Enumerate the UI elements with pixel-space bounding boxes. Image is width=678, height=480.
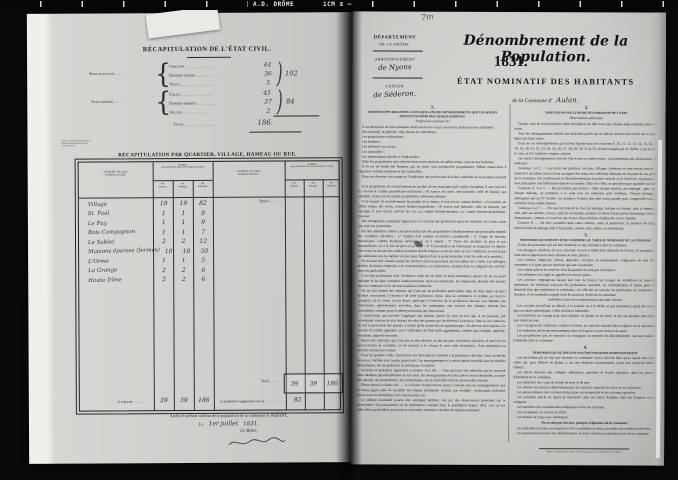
grand-total-box: 39 39 186	[284, 373, 343, 393]
year-handwritten: 1831.	[243, 420, 259, 427]
female-row-value: 45	[263, 90, 271, 97]
title-rule	[187, 57, 231, 58]
left-page: RÉCAPITULATION DE L'ÉTAT CIVIL. Sexe mas…	[27, 12, 355, 464]
certification-print: Arrêté le présent tableau de la populati…	[170, 413, 270, 418]
carry-individus: 186	[194, 397, 214, 404]
folded-page-corner	[146, 6, 220, 39]
grand-total-individus: 186	[323, 380, 342, 387]
table-row: Bois Compagnon117	[83, 227, 213, 237]
absents-subheading: Individus à inscrire nominativement quoi…	[514, 297, 658, 303]
total-value: 186.	[257, 119, 273, 127]
agglomerated-population-label: La population agglomérée est de . . . . …	[220, 399, 292, 406]
table-row: Village191982	[83, 199, 213, 209]
female-subtotal: 84	[286, 97, 294, 105]
female-row-label: Femmes mariées . . . . . . . . .	[169, 101, 264, 110]
section-heading: PERSONNES QUI NE DOIVENT PAS ÊTRE INSCRI…	[516, 351, 656, 355]
section-paragraphs: Toutes les personnes qui ont leur domici…	[514, 243, 658, 298]
departement-name: DE LA DRÔME.	[359, 42, 431, 46]
section-heading: OBSERVATIONS RELATIVES À QUELQUES-UNS DE…	[361, 110, 505, 118]
female-row-label: Veuves . . . . . . . . . . . . . .	[169, 110, 264, 119]
arrondissement-handwritten: de Nyons	[359, 62, 431, 72]
table-row: St. Paul119	[83, 208, 213, 218]
subtotal-rule	[273, 115, 319, 116]
canton-label: CANTON	[359, 83, 431, 88]
commune-handwritten: Aulan.	[270, 411, 288, 418]
instructions-column-2: 2. INDICATIONS SUR LE MODE DE FORMATION …	[513, 102, 659, 449]
report-label: Report . . . . . . .	[227, 199, 283, 208]
section-subheading: Observations générales.	[515, 115, 659, 121]
table-row: Le Puy119	[83, 218, 213, 228]
microfilm-frame: A.D. DRÔME 1CM ≡ — RÉCAPITULATION DE L'É…	[0, 0, 678, 480]
subcol-header-menages: des ménages.	[304, 181, 323, 201]
male-row-label: Veufs . . . . . . . . . . . . . . . .	[169, 82, 264, 91]
subcol-header-maisons: des maisons.	[285, 181, 304, 201]
agglomerated-population-value: 82	[294, 396, 302, 403]
subcol-header-individus: des individus.	[323, 181, 340, 201]
table-row: Maisons éparses (fermes)101050	[83, 246, 213, 256]
place-column-header: QUARTIER, VILLAGE, HAMEAU OU RUE.	[79, 170, 153, 190]
archive-label: A.D. DRÔME	[248, 1, 299, 8]
table-row: Le Sablet2212	[83, 237, 213, 247]
section-paragraphs: Les individus en séjour prolongé hors de…	[513, 426, 657, 437]
mayor-signature	[227, 435, 287, 449]
date-print: Le	[199, 422, 203, 427]
female-row-label: Filles . . . . . . . . . . . . . . .	[169, 92, 264, 101]
grand-total-menages: 39	[304, 380, 323, 387]
section-paragraphs: Les ouvriers travaillant au dehors, à la…	[514, 303, 658, 343]
grand-total-maisons: 39	[285, 380, 304, 387]
female-subtotal-arc: )	[277, 88, 283, 116]
arrondissement-label: ARRONDISSEMENT	[359, 56, 431, 61]
exclusion-lead-line: On ne doit pas inscrire, quoique origina…	[513, 420, 657, 426]
departement-label: DÉPARTEMENT	[359, 35, 431, 40]
table-title: RÉCAPITULATION PAR QUARTIER, VILLAGE, HA…	[68, 151, 348, 158]
number-group-header: NOMBRE, PAR QUARTIER, VILLAGE, HAMEAU OU…	[285, 163, 340, 177]
section-paragraphs: Chaque case ne recevra qu'une seule insc…	[514, 121, 659, 231]
document-subtitle: ÉTAT NOMINATIF DES HABITANTS	[431, 76, 661, 87]
margin-rule	[373, 50, 423, 51]
male-subtotal-arc: )	[277, 60, 283, 88]
recap-table: QUARTIER, VILLAGE, HAMEAU OU RUE. NOMBRE…	[78, 160, 341, 411]
male-row-value: 5	[266, 80, 270, 87]
female-row-value: 37	[264, 99, 272, 106]
male-row-value: 61	[264, 62, 272, 69]
right-page: 7m DÉPARTEMENT DE LA DRÔME. ARRONDISSEME…	[351, 11, 666, 465]
section-subheading: Professions (colonne 8.)	[359, 119, 507, 125]
grand-total-label: Total . . . . . . .	[218, 379, 282, 388]
total-rule	[249, 131, 301, 132]
printer-imprint: Valence, Imprimerie de Marc Aurel, Impri…	[511, 450, 657, 459]
pencil-annotation: 7m	[420, 12, 434, 23]
carry-maisons: 39	[154, 397, 174, 404]
left-page-title: RÉCAPITULATION DE L'ÉTAT CIVIL.	[67, 45, 347, 53]
date-handwritten: 1er juillet	[204, 420, 242, 427]
place-column-header: QUARTIER, VILLAGE, HAMEAU OU RUE.	[213, 170, 285, 190]
male-subtotal: 102	[285, 69, 297, 77]
table-line	[213, 162, 216, 410]
scan-photo-area: RÉCAPITULATION DE L'ÉTAT CIVIL. Sexe mas…	[0, 10, 678, 480]
table-row: Haute Dîme226	[83, 275, 213, 285]
scale-label: 1CM ≡ —	[318, 1, 357, 8]
section-paragraphs: Les personnes qui ne font que traverser …	[513, 355, 657, 420]
female-row-value: 2	[266, 108, 270, 115]
total-label: Total . . . . . . . . . . . . . . .	[173, 122, 268, 131]
film-ruler: A.D. DRÔME 1CM ≡ —	[0, 0, 678, 10]
census-year: 1831.	[431, 54, 591, 72]
table-row: La Grange226	[83, 265, 213, 275]
number-group-header: NOMBRE, PAR QUARTIER, VILLAGE, HAMEAU OU…	[153, 164, 213, 178]
margin-rule	[373, 77, 423, 78]
carry-menages: 39	[174, 397, 194, 404]
carry-label: A reporter . . . . . . .	[86, 399, 146, 408]
table-row: L'Orme115	[83, 256, 213, 266]
column-divider	[508, 104, 510, 442]
section-paragraphs: Il est nécessaire de faire quelques obse…	[357, 125, 506, 414]
canton-handwritten: de Séderon.	[358, 89, 430, 100]
instructions-column-1: 1. OBSERVATIONS RELATIVES À QUELQUES-UNS…	[357, 101, 507, 448]
male-row-value: 36	[264, 71, 272, 78]
